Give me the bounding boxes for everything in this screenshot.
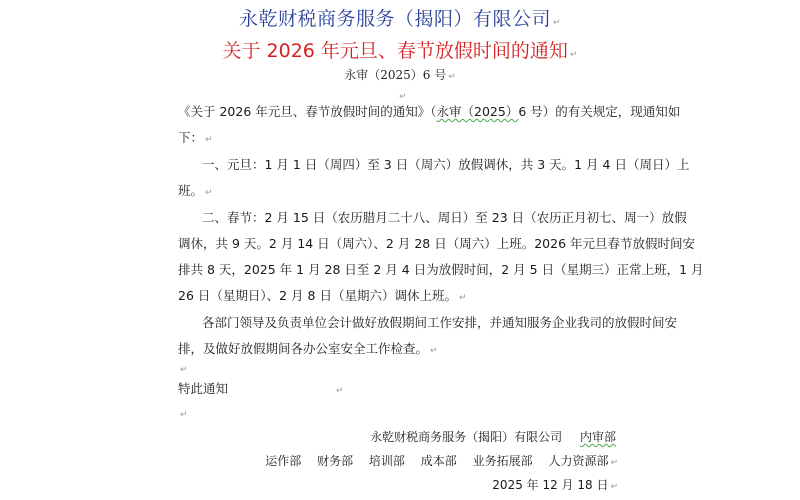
intro-text: 《关于 2026 年元旦、春节放假时间的通知》（: [178, 104, 437, 119]
item-text: 一、元旦：1 月 1 日（周四）至 3 日（周六）放假调休，共 3 天。1 月 …: [202, 157, 689, 172]
intro-text: 下：: [178, 130, 203, 145]
paragraph-mark-icon: ↵: [610, 482, 618, 492]
document-number-text: 永审（2025）6 号: [344, 68, 446, 82]
paragraph-mark-icon: ↵: [180, 365, 188, 375]
item-spring-festival-line-2: 调休，共 9 天。2 月 14 日（周六）、2 月 28 日（周六）上班。202…: [178, 234, 695, 252]
item-text: 班。: [178, 183, 203, 198]
empty-paragraph: ↵: [397, 84, 407, 103]
closing-line: 特此通知↵: [178, 379, 344, 397]
item-spring-festival-line-4: 26 日（星期日）、2 月 8 日（星期六）调休上班。↵: [178, 286, 467, 304]
paragraph-text: 各部门领导及负责单位会计做好放假期间工作安排，并通知服务企业我司的放假时间安: [202, 315, 677, 330]
spellcheck-flagged-text: 永审（2025）: [437, 104, 519, 119]
paragraph-mark-icon: ↵: [430, 346, 438, 356]
company-title-text: 永乾财税商务服务（揭阳）有限公司: [239, 8, 551, 30]
paragraph-mark-icon: ↵: [180, 410, 188, 420]
paragraph-mark-icon: ↵: [570, 50, 578, 60]
item-spring-festival-line-1: 二、春节：2 月 15 日（农历腊月二十八、周日）至 23 日（农历正月初七、周…: [202, 208, 687, 226]
department-item: 培训部: [369, 454, 405, 468]
department-item: 财务部: [317, 454, 353, 468]
paragraph-mark-icon: ↵: [553, 18, 561, 28]
arrangement-paragraph-line-2: 排，及做好放假期间各办公室安全工作检查。↵: [178, 339, 438, 357]
paragraph-mark-icon: ↵: [610, 458, 618, 468]
document-number: 永审（2025）6 号↵: [0, 66, 800, 83]
notice-title-text: 关于 2026 年元旦、春节放假时间的通知: [223, 40, 568, 62]
signature-company-line: 永乾财税商务服务（揭阳）有限公司 内审部: [370, 428, 616, 445]
arrangement-paragraph-line-1: 各部门领导及负责单位会计做好放假期间工作安排，并通知服务企业我司的放假时间安: [202, 313, 677, 331]
paragraph-mark-icon: ↵: [205, 135, 213, 145]
item-text: 26 日（星期日）、2 月 8 日（星期六）调休上班。: [178, 288, 457, 303]
item-text: 二、春节：2 月 15 日（农历腊月二十八、周日）至 23 日（农历正月初七、周…: [202, 210, 687, 225]
empty-paragraph: ↵: [178, 360, 188, 375]
department-internal-audit: 内审部: [580, 430, 616, 444]
paragraph-mark-icon: ↵: [205, 188, 213, 198]
notice-title: 关于 2026 年元旦、春节放假时间的通知↵: [0, 36, 800, 63]
paragraph-mark-icon: ↵: [336, 386, 344, 396]
item-new-year-line-2: 班。↵: [178, 181, 213, 199]
signature-date-line: 2025 年 12 月 18 日↵: [492, 476, 618, 493]
item-text: 排共 8 天，2025 年 1 月 28 日至 2 月 4 日为放假时间，2 月…: [178, 262, 704, 277]
department-item: 运作部: [265, 454, 301, 468]
signature-company: 永乾财税商务服务（揭阳）有限公司: [370, 430, 562, 444]
paragraph-mark-icon: ↵: [459, 293, 467, 303]
document-page: 永乾财税商务服务（揭阳）有限公司↵ 关于 2026 年元旦、春节放假时间的通知↵…: [0, 0, 800, 500]
intro-paragraph-line-2: 下：↵: [178, 128, 213, 146]
item-new-year-line-1: 一、元旦：1 月 1 日（周四）至 3 日（周六）放假调休，共 3 天。1 月 …: [202, 155, 689, 173]
company-title: 永乾财税商务服务（揭阳）有限公司↵: [0, 4, 800, 31]
closing-text: 特此通知: [178, 381, 228, 396]
department-item: 人力资源部: [548, 454, 608, 468]
signature-departments-line: 运作部 财务部 培训部 成本部 业务拓展部 人力资源部↵: [265, 452, 618, 469]
item-text: 调休，共 9 天。2 月 14 日（周六）、2 月 28 日（周六）上班。202…: [178, 236, 695, 251]
paragraph-text: 排，及做好放假期间各办公室安全工作检查。: [178, 341, 428, 356]
item-spring-festival-line-3: 排共 8 天，2025 年 1 月 28 日至 2 月 4 日为放假时间，2 月…: [178, 260, 704, 278]
empty-paragraph: ↵: [178, 405, 188, 420]
department-item: 成本部: [421, 454, 457, 468]
paragraph-mark-icon: ↵: [399, 92, 407, 102]
department-item: 业务拓展部: [473, 454, 533, 468]
intro-paragraph-line-1: 《关于 2026 年元旦、春节放假时间的通知》（永审（2025）6 号）的有关规…: [178, 102, 680, 120]
intro-text: 6 号）的有关规定，现通知如: [518, 104, 680, 119]
signature-date: 2025 年 12 月 18 日: [492, 478, 608, 492]
paragraph-mark-icon: ↵: [448, 72, 456, 82]
